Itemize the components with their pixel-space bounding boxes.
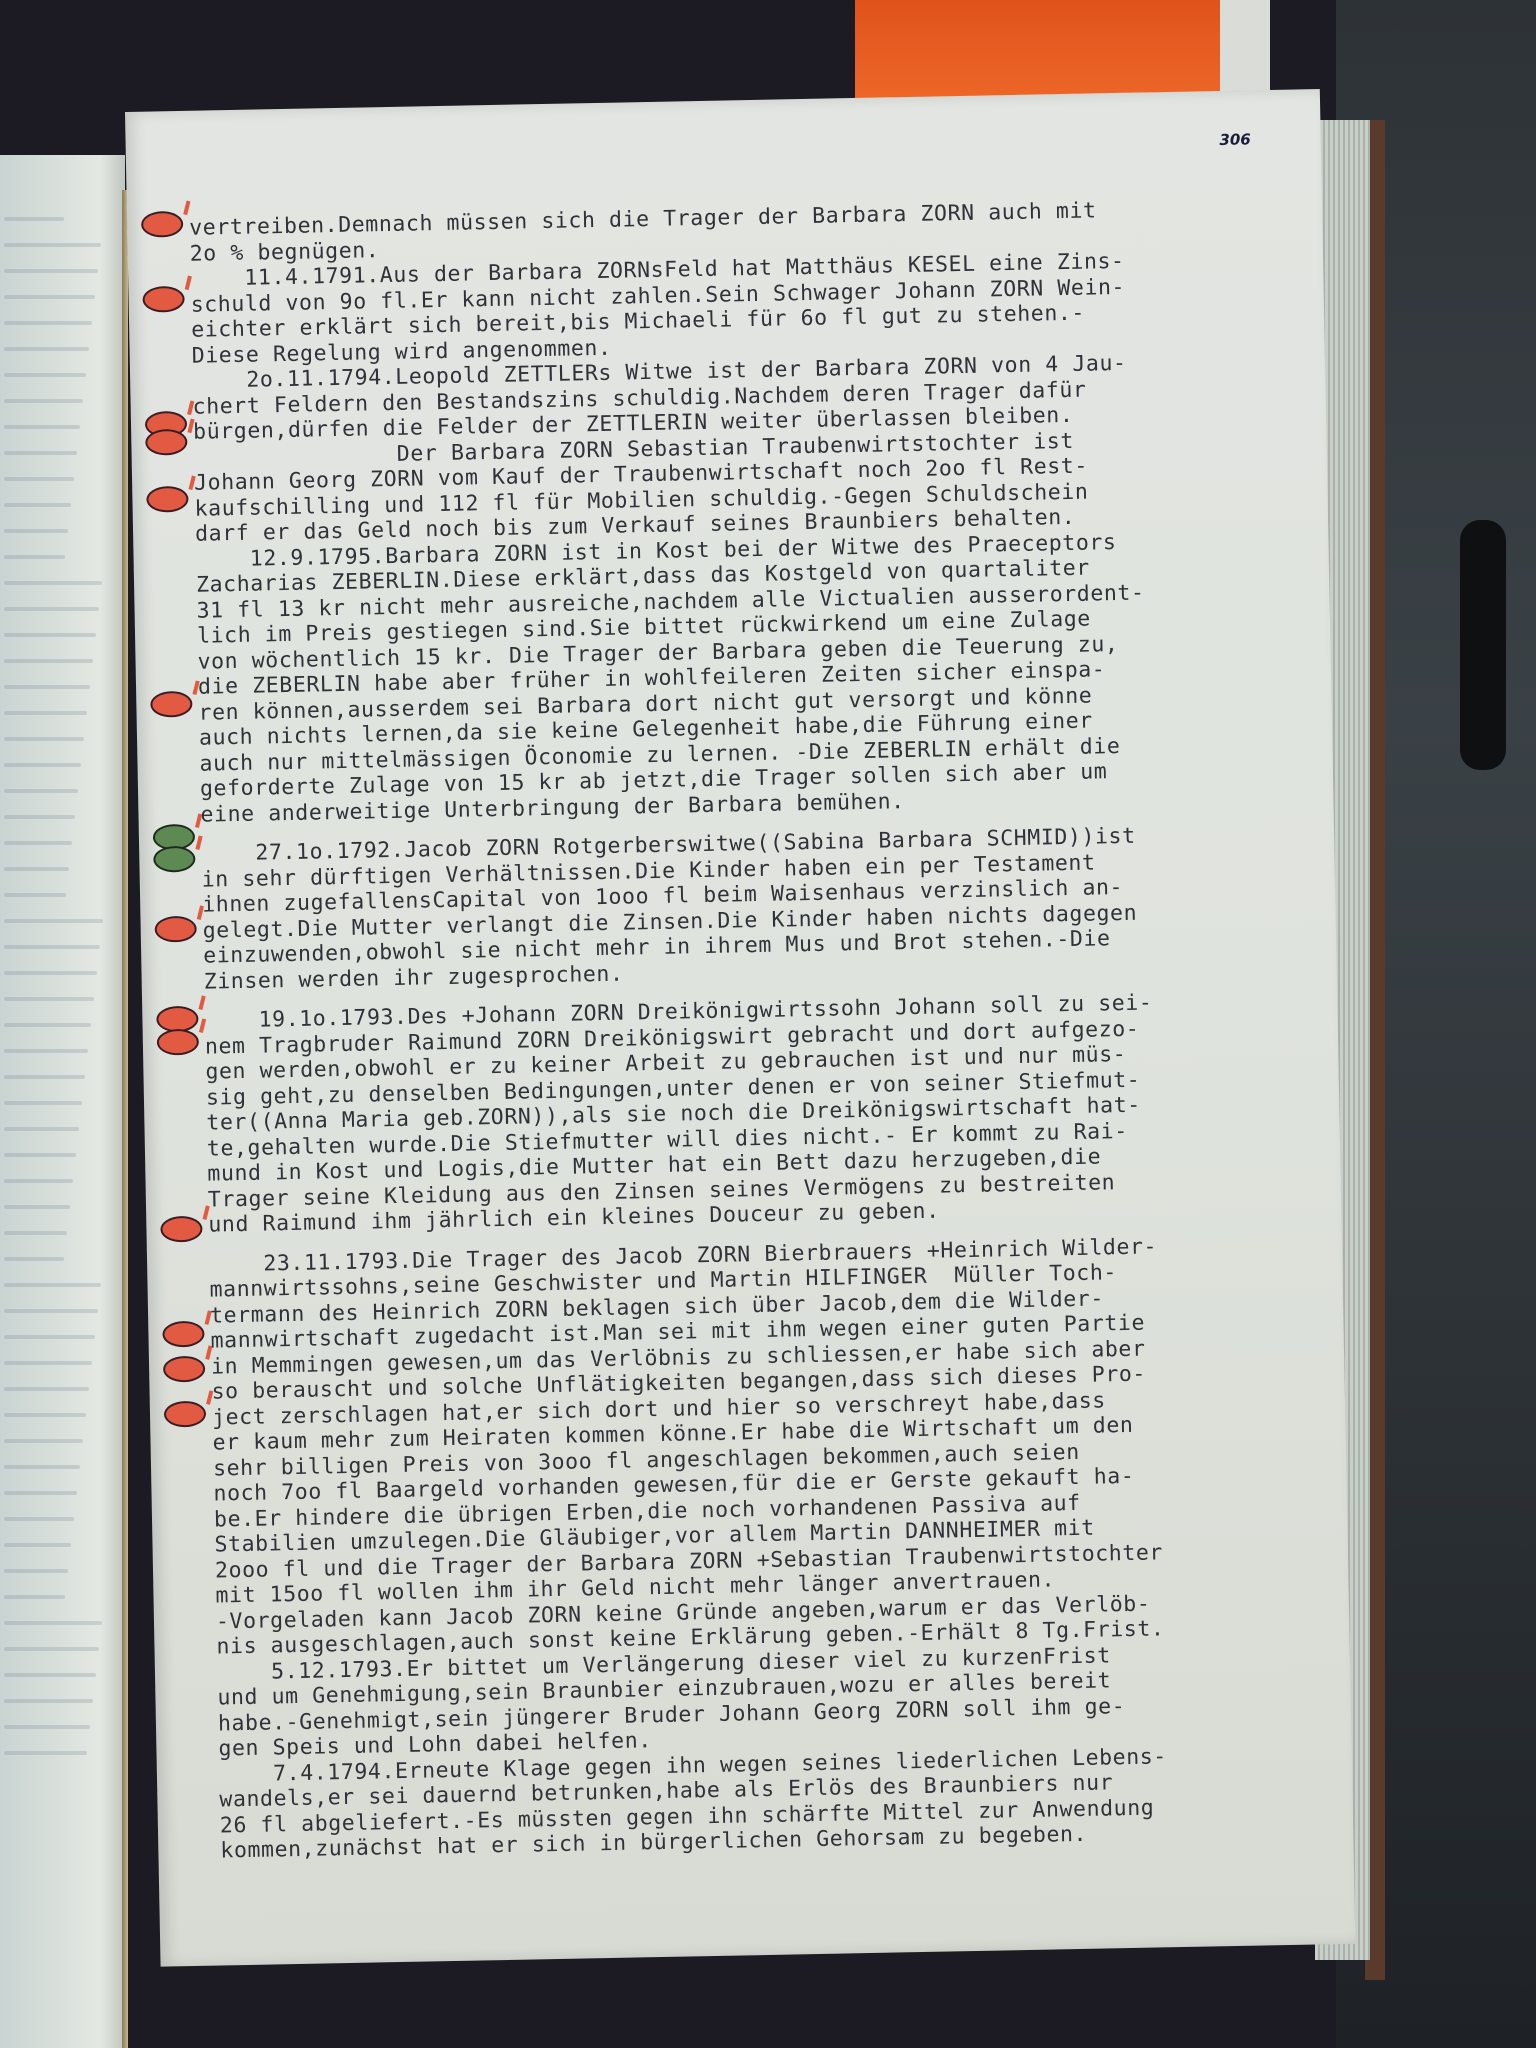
margin-stamp-icon [163, 1356, 205, 1383]
entry-block-3: 19.1o.1793.Des +Johann ZORN Dreikönigwir… [204, 988, 1288, 1238]
margin-stamp-icon [157, 1029, 199, 1056]
margin-stamp-icon [142, 286, 184, 313]
margin-stamp-icon [146, 486, 188, 513]
margin-stamp-icon [141, 211, 183, 238]
typewritten-text: vertreiben.Demnach müssen sich die Trage… [189, 195, 1300, 1864]
left-page-bleed-text [4, 195, 104, 1777]
entry-block-1: vertreiben.Demnach müssen sich die Trage… [189, 195, 1281, 828]
entry-block-4: 23.11.1793.Die Trager des Jacob ZORN Bie… [209, 1231, 1301, 1864]
margin-stamp-icon [164, 1401, 206, 1428]
book-gutter [122, 190, 128, 2048]
margin-stamp-icon [154, 916, 196, 943]
margin-stamp-icon [145, 429, 187, 456]
right-page: 306 vertreiben.Demnach müssen sich die T… [125, 89, 1355, 1967]
binder-clip [1460, 520, 1506, 770]
page-number: 306 [1219, 130, 1251, 149]
margin-stamp-icon [153, 846, 195, 873]
margin-stamp-icon [160, 1216, 202, 1243]
entry-block-2: 27.1o.1792.Jacob ZORN Rotgerberswitwe((S… [201, 821, 1284, 995]
margin-stamp-icon [150, 691, 192, 718]
margin-stamp-icon [162, 1321, 204, 1348]
left-page [0, 155, 125, 2048]
margin-stamps [125, 89, 1320, 112]
